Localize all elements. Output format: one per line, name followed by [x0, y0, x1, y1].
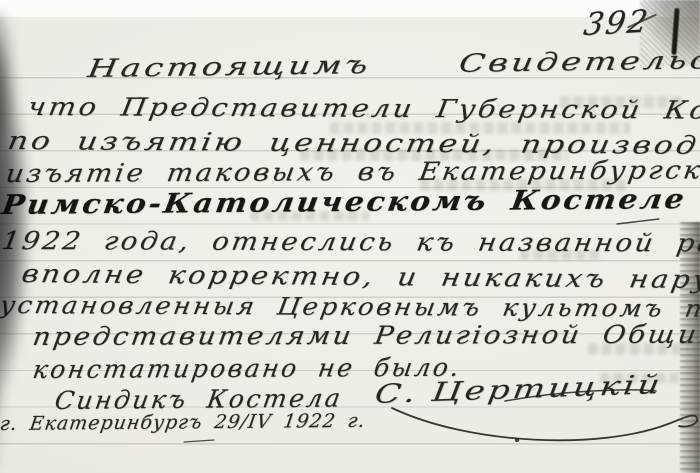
- manuscript-line: что Представители Губернской Комиссiи: [26, 94, 700, 123]
- scan-shadow-left-edge: [0, 12, 106, 470]
- manuscript-line: вполне корректно, и никакихъ нарушенiй: [20, 261, 700, 293]
- scanned-document-page: 392 Настоящимъ Свидетельствую что Предст…: [0, 0, 700, 473]
- manuscript-line: представителями Религiозной Общины: [31, 322, 700, 349]
- manuscript-line: изъятiе таковыхъ въ Екатеринбургскомъ: [4, 157, 700, 186]
- manuscript-line: по изъятiю ценностей, производившая: [6, 128, 700, 159]
- scan-grain-right-edge: [680, 222, 700, 473]
- scan-grain-top-right: [640, 0, 700, 66]
